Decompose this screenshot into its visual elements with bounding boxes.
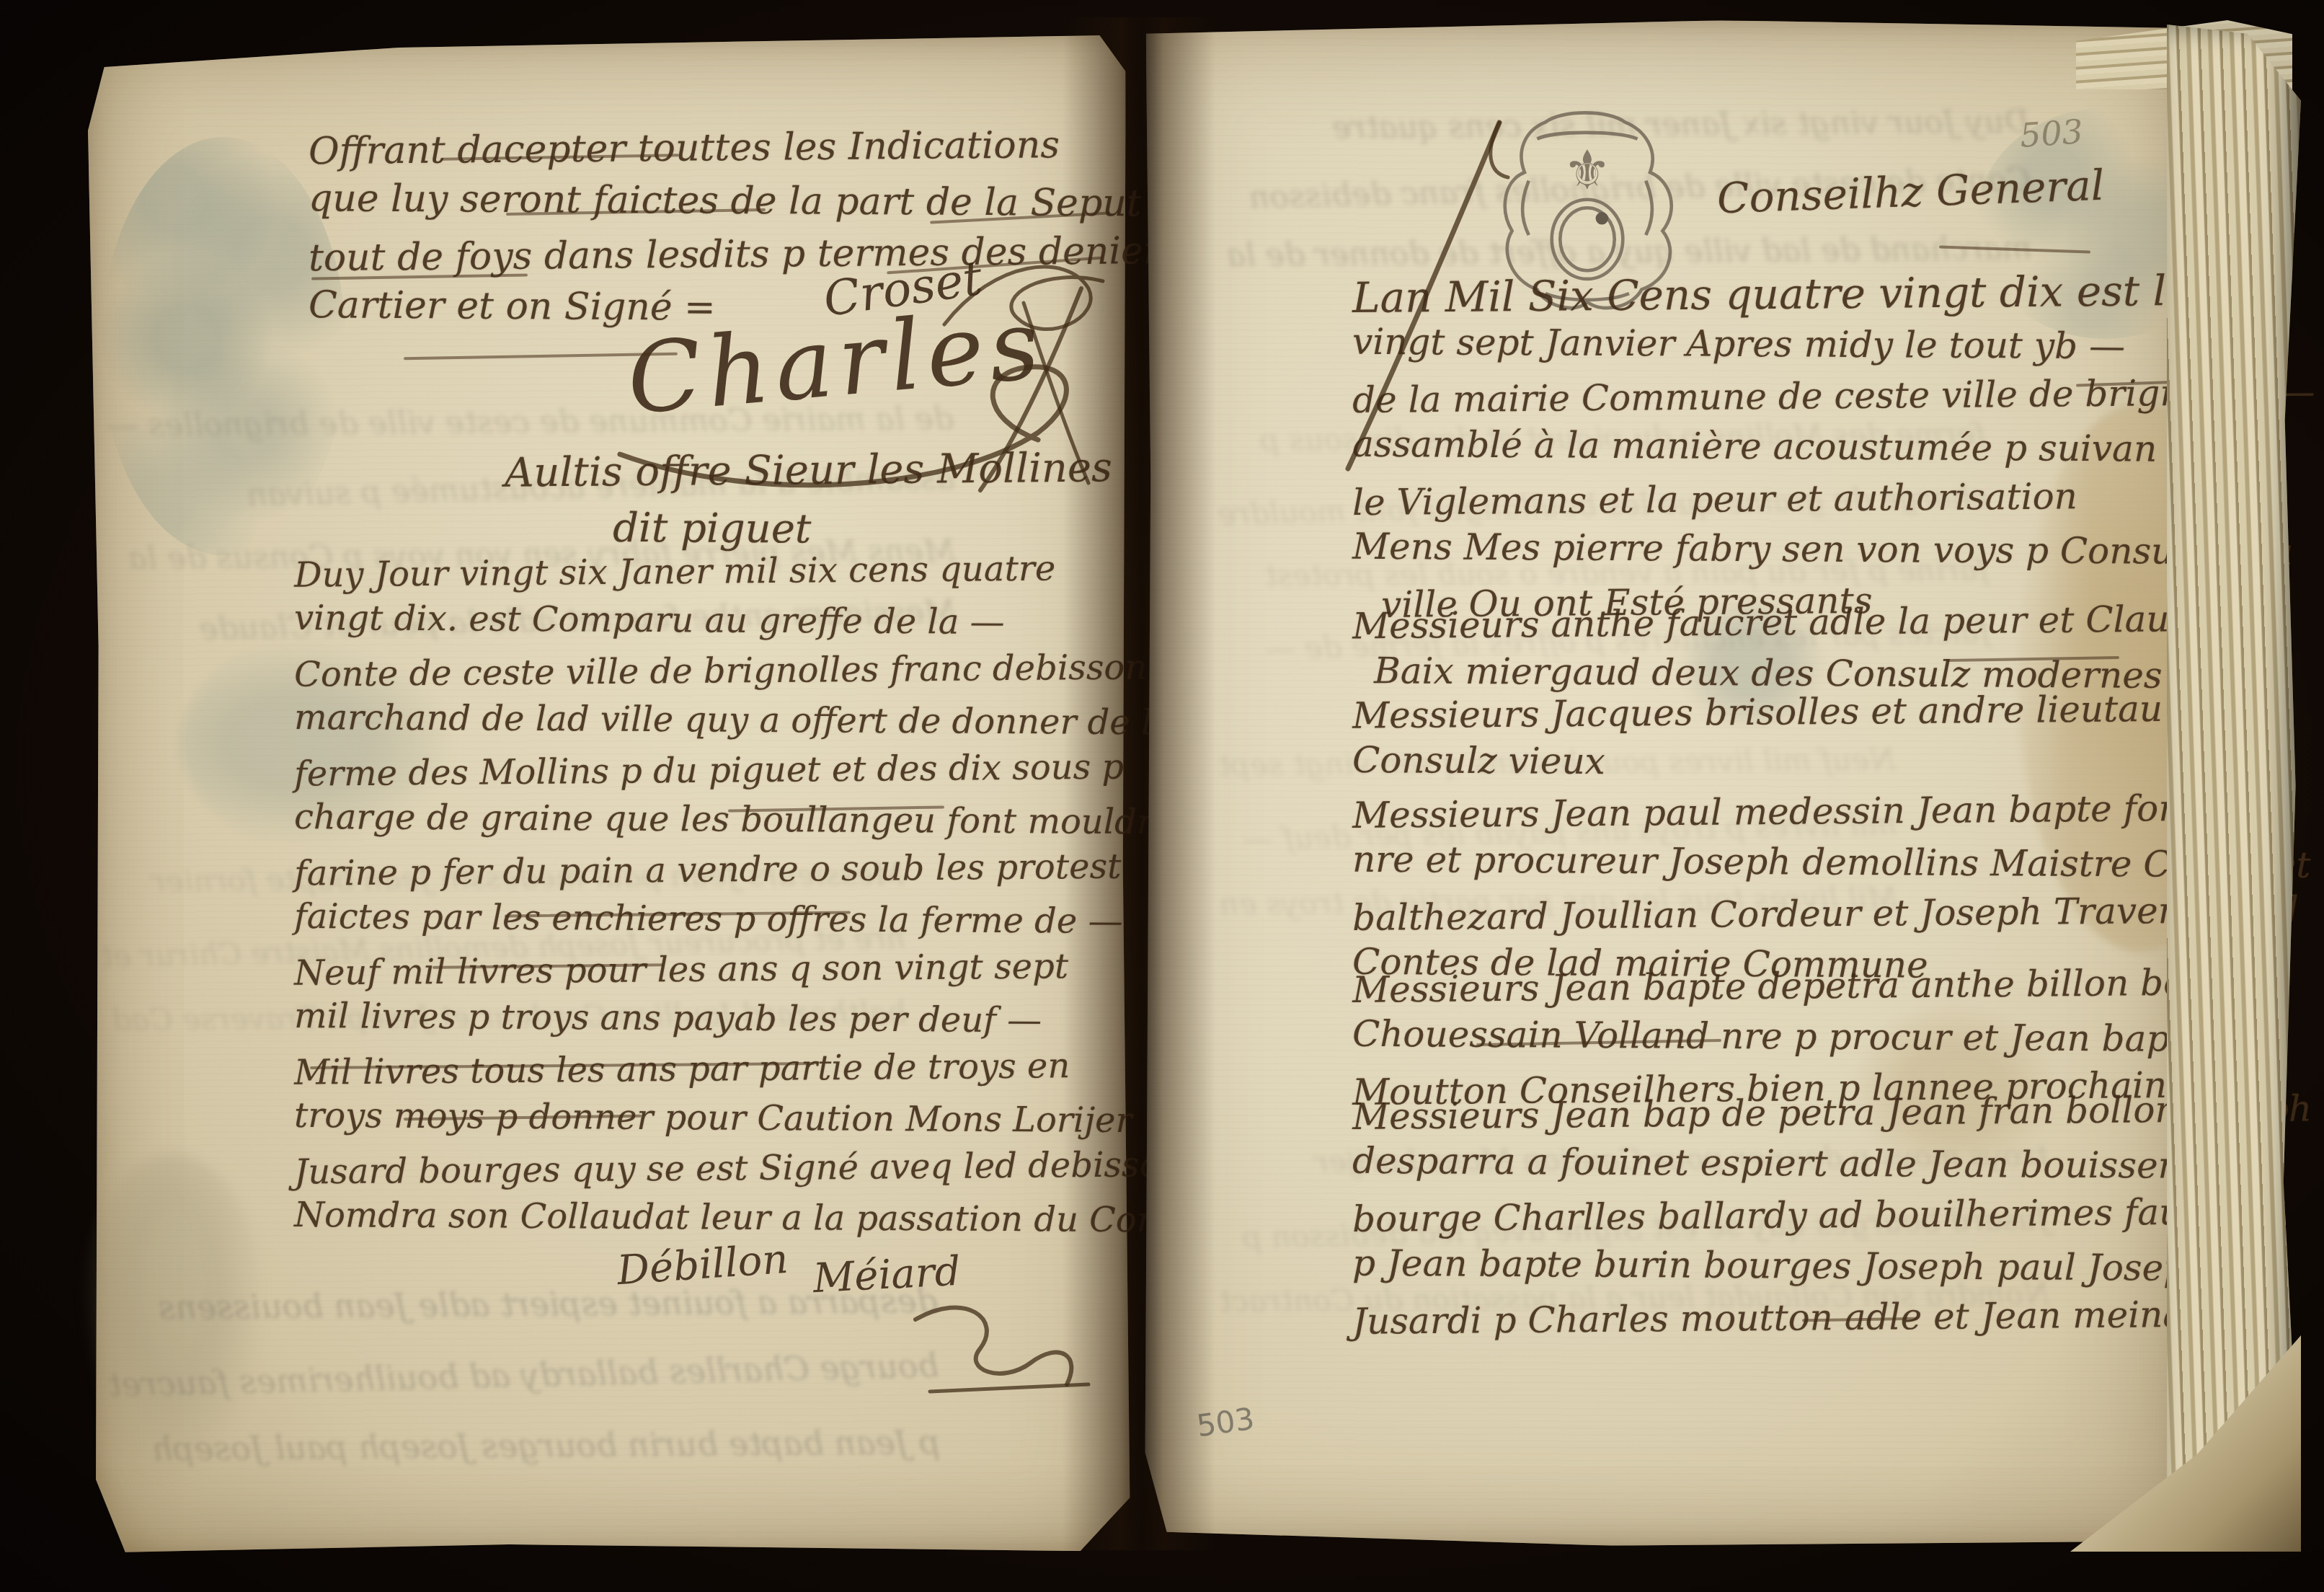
handwritten-line: vingt dix. est Comparu au greffe de la — [294,593,1243,649]
page-stack-fore-edge [2167,25,2301,1547]
handwritten-line: Offrant dacepter touttes les Indications [309,118,1181,179]
handwritten-line: tout de foys dans lesdits p termes des d… [309,224,1181,286]
handwritten-line: Messieurs Jean bapte depetra anthe billo… [1390,957,2289,1016]
folio-number: 503 [2018,112,2084,155]
handwritten-line: troys moys p donner pour Caution Mons Lo… [294,1091,1243,1146]
handwritten-line: Messieurs anthe faucret adle la peur et … [1390,593,2214,652]
handwritten-line: Chouessain Volland nre p procur et Jean … [1390,1009,2289,1066]
handwritten-line: Conte de ceste ville de brignolles franc… [294,642,1243,699]
entry-body: Duy Jour vingt six Janer mil six cens qu… [294,547,1243,1243]
handwritten-line: farine p fer du pain a vendre o soub les… [294,841,1243,898]
handwritten-line: Jusard bourges quy se est Signé aveq led… [294,1139,1243,1197]
handwritten-line: marchand de lad ville quy a offert de do… [294,693,1243,748]
entry-heading: Aultis offre Sieur les Mollines dit pigu… [505,441,1112,560]
handwritten-line: mil livres p troys ans payab les per deu… [294,991,1243,1047]
handwritten-line: Neuf mil livres pour les ans q son vingt… [294,940,1243,998]
handwritten-line: Mil livres tous les ans par partie de tr… [294,1040,1243,1097]
signature-meiard: Méiard [812,1248,962,1303]
manuscript-spread: de la mairie Commune de ceste ville de b… [0,0,2324,1592]
handwritten-line: faictes par les enchieres p offres la fe… [294,892,1243,947]
opening-paragraph: Offrant dacepter touttes les Indications… [309,121,1180,335]
handwritten-line: Messieurs Jacques brisolles et andre lie… [1390,683,2264,742]
handwritten-line: que luy seront faictes de la part de la … [309,172,1181,230]
fleur-de-lis-icon: ⚜ [1563,138,1612,202]
handwritten-line: charge de graine que les boullangeu font… [294,792,1243,848]
old-consuls-paragraph: Messieurs Jacques brisolles et andre lie… [1352,686,2263,789]
handwritten-line: Duy Jour vingt six Janer mil six cens qu… [294,542,1243,600]
handwritten-line: Aultis offre Sieur les Mollines [505,438,1113,503]
handwritten-line: ferme des Mollins p du piguet et des dix… [294,741,1243,799]
